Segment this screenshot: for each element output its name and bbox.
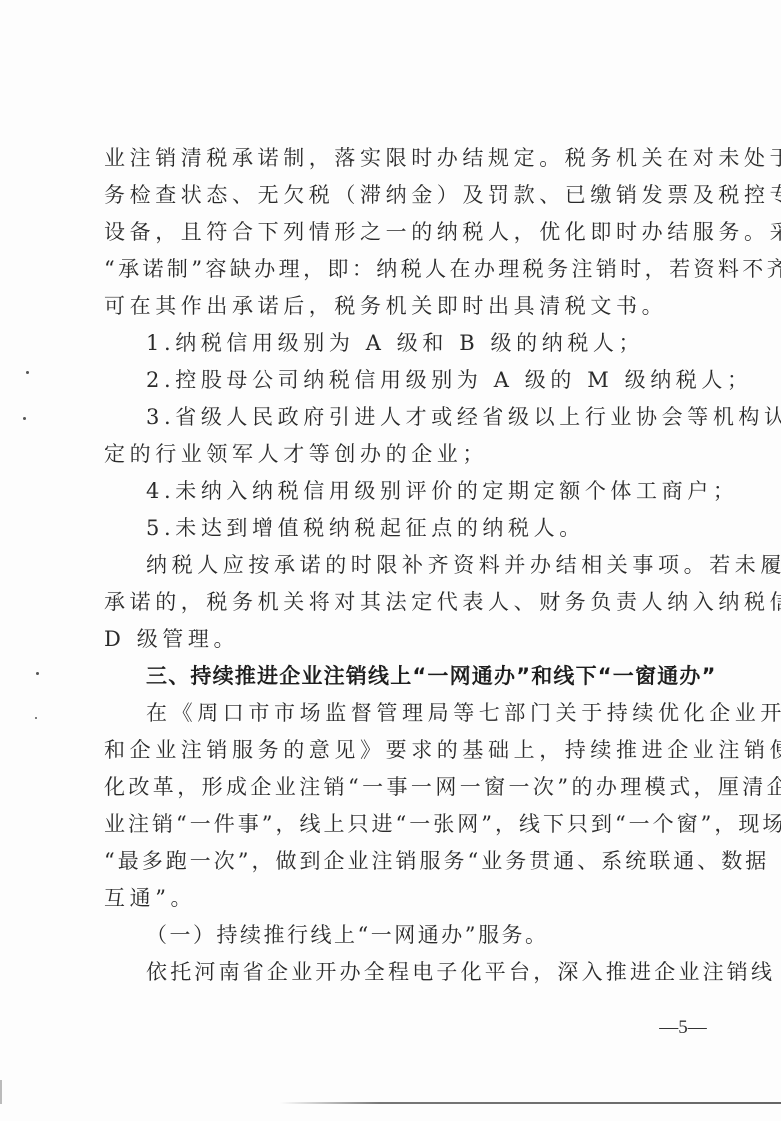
list-item-5: 5.未达到增值税纳税起征点的纳税人。: [146, 513, 690, 543]
body-line: 可在其作出承诺后，税务机关即时出具清税文书。: [104, 291, 690, 321]
scan-speck: [35, 717, 37, 719]
body-line: 纳税人应按承诺的时限补齐资料并办结相关事项。若未履行: [146, 550, 690, 580]
body-line: 业注销“一件事”，线上只进“一张网”，线下只到“一个窗”，现场: [104, 809, 690, 839]
page-number: —5—: [658, 1017, 708, 1041]
body-line: “最多跑一次”，做到企业注销服务“业务贯通、系统联通、数据: [104, 846, 690, 876]
scan-edge: [0, 1080, 2, 1104]
list-item-3: 3.省级人民政府引进人才或经省级以上行业协会等机构认: [146, 402, 690, 432]
body-line: D 级管理。: [104, 624, 690, 654]
body-line: 互通”。: [104, 883, 690, 913]
body-line: 设备，且符合下列情形之一的纳税人，优化即时办结服务。采取: [104, 217, 690, 247]
body-line: 依托河南省企业开办全程电子化平台，深入推进企业注销线: [146, 957, 690, 987]
list-item-1: 1.纳税信用级别为 A 级和 B 级的纳税人；: [146, 328, 690, 358]
body-line: “承诺制”容缺办理，即：纳税人在办理税务注销时，若资料不齐，: [104, 254, 690, 284]
section-heading: 三、持续推进企业注销线上“一网通办”和线下“一窗通办”: [146, 661, 690, 691]
subsection-heading: （一）持续推行线上“一网通办”服务。: [146, 920, 690, 950]
body-line: 定的行业领军人才等创办的企业；: [104, 439, 690, 469]
body-line: 化改革，形成企业注销“一事一网一窗一次”的办理模式，厘清企: [104, 772, 690, 802]
scan-speck: [36, 672, 39, 675]
body-line: 和企业注销服务的意见》要求的基础上，持续推进企业注销便利: [104, 735, 690, 765]
body-line: 在《周口市市场监督管理局等七部门关于持续优化企业开办: [146, 698, 690, 728]
body-line: 业注销清税承诺制，落实限时办结规定。税务机关在对未处于税: [104, 143, 690, 173]
scan-edge: [280, 1102, 781, 1104]
body-line: 务检查状态、无欠税（滞纳金）及罚款、已缴销发票及税控专用: [104, 180, 690, 210]
scan-speck: [23, 417, 26, 420]
scan-speck: [26, 371, 29, 374]
list-item-4: 4.未纳入纳税信用级别评价的定期定额个体工商户；: [146, 476, 690, 506]
body-line: 承诺的，税务机关将对其法定代表人、财务负责人纳入纳税信用: [104, 587, 690, 617]
list-item-2: 2.控股母公司纳税信用级别为 A 级的 M 级纳税人；: [146, 365, 690, 395]
document-page: 业注销清税承诺制，落实限时办结规定。税务机关在对未处于税 务检查状态、无欠税（滞…: [0, 0, 781, 1121]
